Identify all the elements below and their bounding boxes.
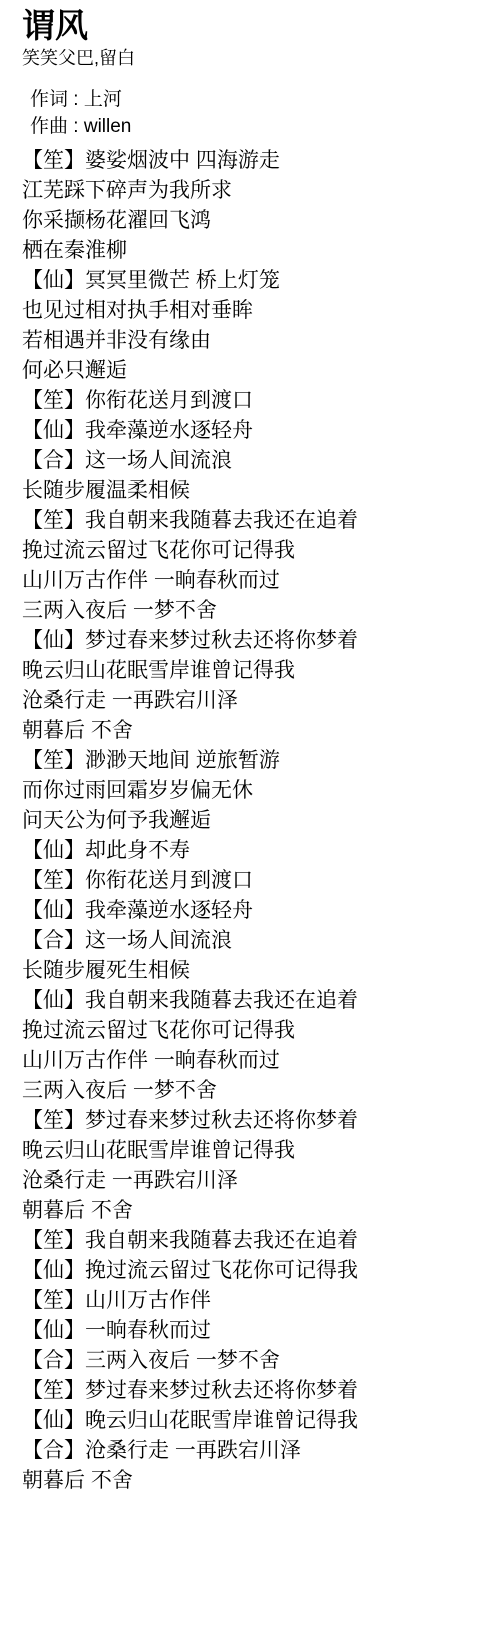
credit-value: willen	[84, 116, 132, 137]
song-title: 谓风	[22, 6, 490, 46]
lyric-line: 【笙】我自朝来我随暮去我还在追着	[22, 506, 490, 536]
lyric-line: 若相遇并非没有缘由	[22, 326, 490, 356]
lyric-line: 【仙】挽过流云留过飞花你可记得我	[22, 1256, 490, 1286]
lyric-line: 朝暮后 不舍	[22, 716, 490, 746]
lyric-line: 挽过流云留过飞花你可记得我	[22, 1016, 490, 1046]
lyric-line: 【笙】渺渺天地间 逆旅暂游	[22, 746, 490, 776]
lyric-line: 【仙】梦过春来梦过秋去还将你梦着	[22, 626, 490, 656]
lyric-line: 三两入夜后 一梦不舍	[22, 596, 490, 626]
lyric-line: 山川万古作伴 一晌春秋而过	[22, 566, 490, 596]
lyric-line: 【合】这一场人间流浪	[22, 446, 490, 476]
lyric-line: 长随步履死生相候	[22, 956, 490, 986]
song-artists: 笑笑父巴,留白	[22, 46, 490, 70]
lyric-line: 三两入夜后 一梦不舍	[22, 1076, 490, 1106]
credit-line: 作词 : 上河	[30, 86, 490, 113]
lyric-line: 【仙】冥冥里微芒 桥上灯笼	[22, 266, 490, 296]
lyric-line: 挽过流云留过飞花你可记得我	[22, 536, 490, 566]
lyric-line: 沧桑行走 一再跌宕川泽	[22, 686, 490, 716]
lyric-line: 晚云归山花眠雪岸谁曾记得我	[22, 1136, 490, 1166]
lyrics-page: 谓风 笑笑父巴,留白 作词 : 上河 作曲 : willen 【笙】婆娑烟波中 …	[0, 0, 500, 1496]
lyric-line: 而你过雨回霜岁岁偏无休	[22, 776, 490, 806]
lyric-line: 【仙】我牵藻逆水逐轻舟	[22, 416, 490, 446]
lyric-line: 【笙】你衔花送月到渡口	[22, 866, 490, 896]
lyrics: 【笙】婆娑烟波中 四海游走 江芜踩下碎声为我所求 你采撷杨花濯回飞鸿 栖在秦淮柳…	[22, 146, 490, 1496]
credit-label: 作曲	[30, 116, 68, 137]
lyric-line: 朝暮后 不舍	[22, 1196, 490, 1226]
credit-separator: :	[68, 116, 84, 137]
lyric-line: 栖在秦淮柳	[22, 236, 490, 266]
lyric-line: 【合】这一场人间流浪	[22, 926, 490, 956]
lyric-line: 【笙】山川万古作伴	[22, 1286, 490, 1316]
credits: 作词 : 上河 作曲 : willen	[22, 86, 490, 140]
lyric-line: 【仙】一晌春秋而过	[22, 1316, 490, 1346]
lyric-line: 【仙】却此身不寿	[22, 836, 490, 866]
lyric-line: 长随步履温柔相候	[22, 476, 490, 506]
lyric-line: 沧桑行走 一再跌宕川泽	[22, 1166, 490, 1196]
lyric-line: 山川万古作伴 一晌春秋而过	[22, 1046, 490, 1076]
lyric-line: 江芜踩下碎声为我所求	[22, 176, 490, 206]
credit-value: 上河	[84, 89, 122, 110]
lyric-line: 【笙】梦过春来梦过秋去还将你梦着	[22, 1376, 490, 1406]
lyric-line: 【仙】我自朝来我随暮去我还在追着	[22, 986, 490, 1016]
lyric-line: 问天公为何予我邂逅	[22, 806, 490, 836]
lyric-line: 【笙】你衔花送月到渡口	[22, 386, 490, 416]
lyric-line: 【仙】晚云归山花眠雪岸谁曾记得我	[22, 1406, 490, 1436]
lyric-line: 【笙】梦过春来梦过秋去还将你梦着	[22, 1106, 490, 1136]
credit-separator: :	[68, 89, 84, 110]
credit-line: 作曲 : willen	[30, 113, 490, 140]
lyric-line: 何必只邂逅	[22, 356, 490, 386]
lyric-line: 【笙】婆娑烟波中 四海游走	[22, 146, 490, 176]
lyric-line: 【合】沧桑行走 一再跌宕川泽	[22, 1436, 490, 1466]
lyric-line: 朝暮后 不舍	[22, 1466, 490, 1496]
lyric-line: 【仙】我牵藻逆水逐轻舟	[22, 896, 490, 926]
lyric-line: 也见过相对执手相对垂眸	[22, 296, 490, 326]
lyric-line: 【合】三两入夜后 一梦不舍	[22, 1346, 490, 1376]
credit-label: 作词	[30, 89, 68, 110]
lyric-line: 你采撷杨花濯回飞鸿	[22, 206, 490, 236]
lyric-line: 【笙】我自朝来我随暮去我还在追着	[22, 1226, 490, 1256]
lyric-line: 晚云归山花眠雪岸谁曾记得我	[22, 656, 490, 686]
